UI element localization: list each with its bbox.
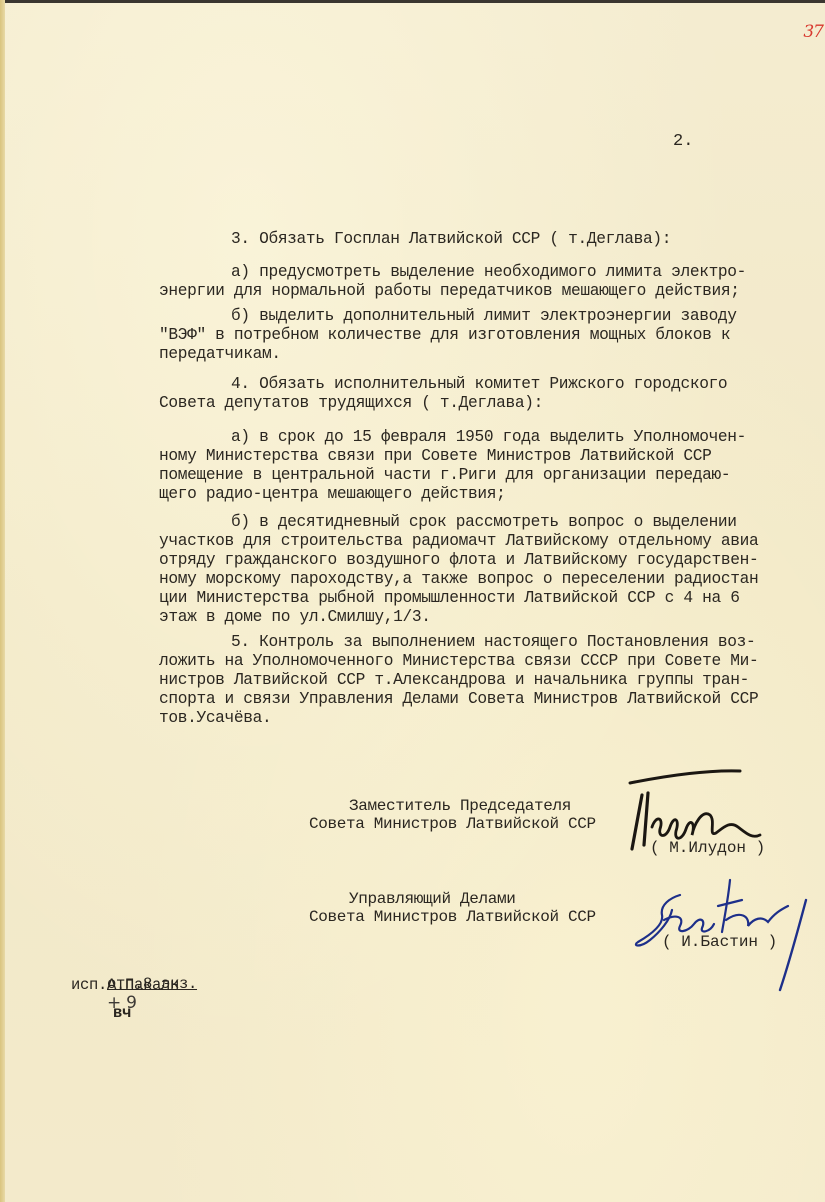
signatory1-name: ( М.Илудон ) xyxy=(650,839,765,857)
executor-note: исп.А.Пакалн xyxy=(71,976,179,994)
section4-heading-line1: 4. Обязать исполнительный комитет Рижско… xyxy=(231,375,727,394)
section4-item-a-line4: щего радио-центра мешающего действия; xyxy=(159,485,505,504)
section3-item-b-line2: "ВЭФ" в потребном количестве для изготов… xyxy=(159,326,730,345)
section4-item-b-line1: б) в десятидневный срок рассмотреть вопр… xyxy=(231,513,737,532)
section4-item-b-line5: ции Министерства рыбной промышленности Л… xyxy=(159,589,740,608)
document-page: 37 2. 3. Обязать Госплан Латвийской ССР … xyxy=(0,0,825,1202)
section4-item-a-line2: ному Министерства связи при Совете Минис… xyxy=(159,447,711,466)
section5-line3: нистров Латвийской ССР т.Александрова и … xyxy=(159,671,749,690)
scan-top-edge xyxy=(0,0,825,3)
section4-heading-line2: Совета депутатов трудящихся ( т.Деглава)… xyxy=(159,394,543,413)
scan-left-edge xyxy=(0,0,5,1202)
section4-item-a-line1: а) в срок до 15 февраля 1950 года выдели… xyxy=(231,428,746,447)
section3-heading: 3. Обязать Госплан Латвийской ССР ( т.Де… xyxy=(231,230,671,249)
section4-item-b-line6: этаж в доме по ул.Смилшу,1/3. xyxy=(159,608,431,627)
section5-line5: тов.Усачёва. xyxy=(159,709,271,728)
section5-line1: 5. Контроль за выполнением настоящего По… xyxy=(231,633,755,652)
signatory1-title-line1: Заместитель Председателя xyxy=(349,797,571,815)
section5-line4: спорта и связи Управления Делами Совета … xyxy=(159,690,758,709)
section4-item-b-line4: ному морскому пароходству,а также вопрос… xyxy=(159,570,758,589)
folio-stamp: 37 xyxy=(803,22,823,42)
signatory2-name: ( И.Бастин ) xyxy=(662,933,777,951)
section3-item-a-line2: энергии для нормальной работы передатчик… xyxy=(159,282,740,301)
signatory2-title-line1: Управляющий Делами xyxy=(349,890,516,908)
copies-note: отп.8 экз. + 9 xyxy=(71,957,197,1031)
section3-item-b-line3: передатчикам. xyxy=(159,345,281,364)
section4-item-b-line3: отряду гражданского воздушного флота и Л… xyxy=(159,551,758,570)
typist-initials: вч xyxy=(113,1004,131,1022)
signatory1-title-line2: Совета Министров Латвийской ССР xyxy=(309,815,596,833)
section5-line2: ложить на Уполномоченного Министерства с… xyxy=(159,652,758,671)
section4-item-a-line3: помещение в центральной части г.Риги для… xyxy=(159,466,730,485)
signatory2-title-line2: Совета Министров Латвийской ССР xyxy=(309,908,596,926)
page-number: 2. xyxy=(673,132,693,151)
section3-item-b-line1: б) выделить дополнительный лимит электро… xyxy=(231,307,737,326)
section3-item-a-line1: а) предусмотреть выделение необходимого … xyxy=(231,263,746,282)
section4-item-b-line2: участков для строительства радиомачт Лат… xyxy=(159,532,758,551)
